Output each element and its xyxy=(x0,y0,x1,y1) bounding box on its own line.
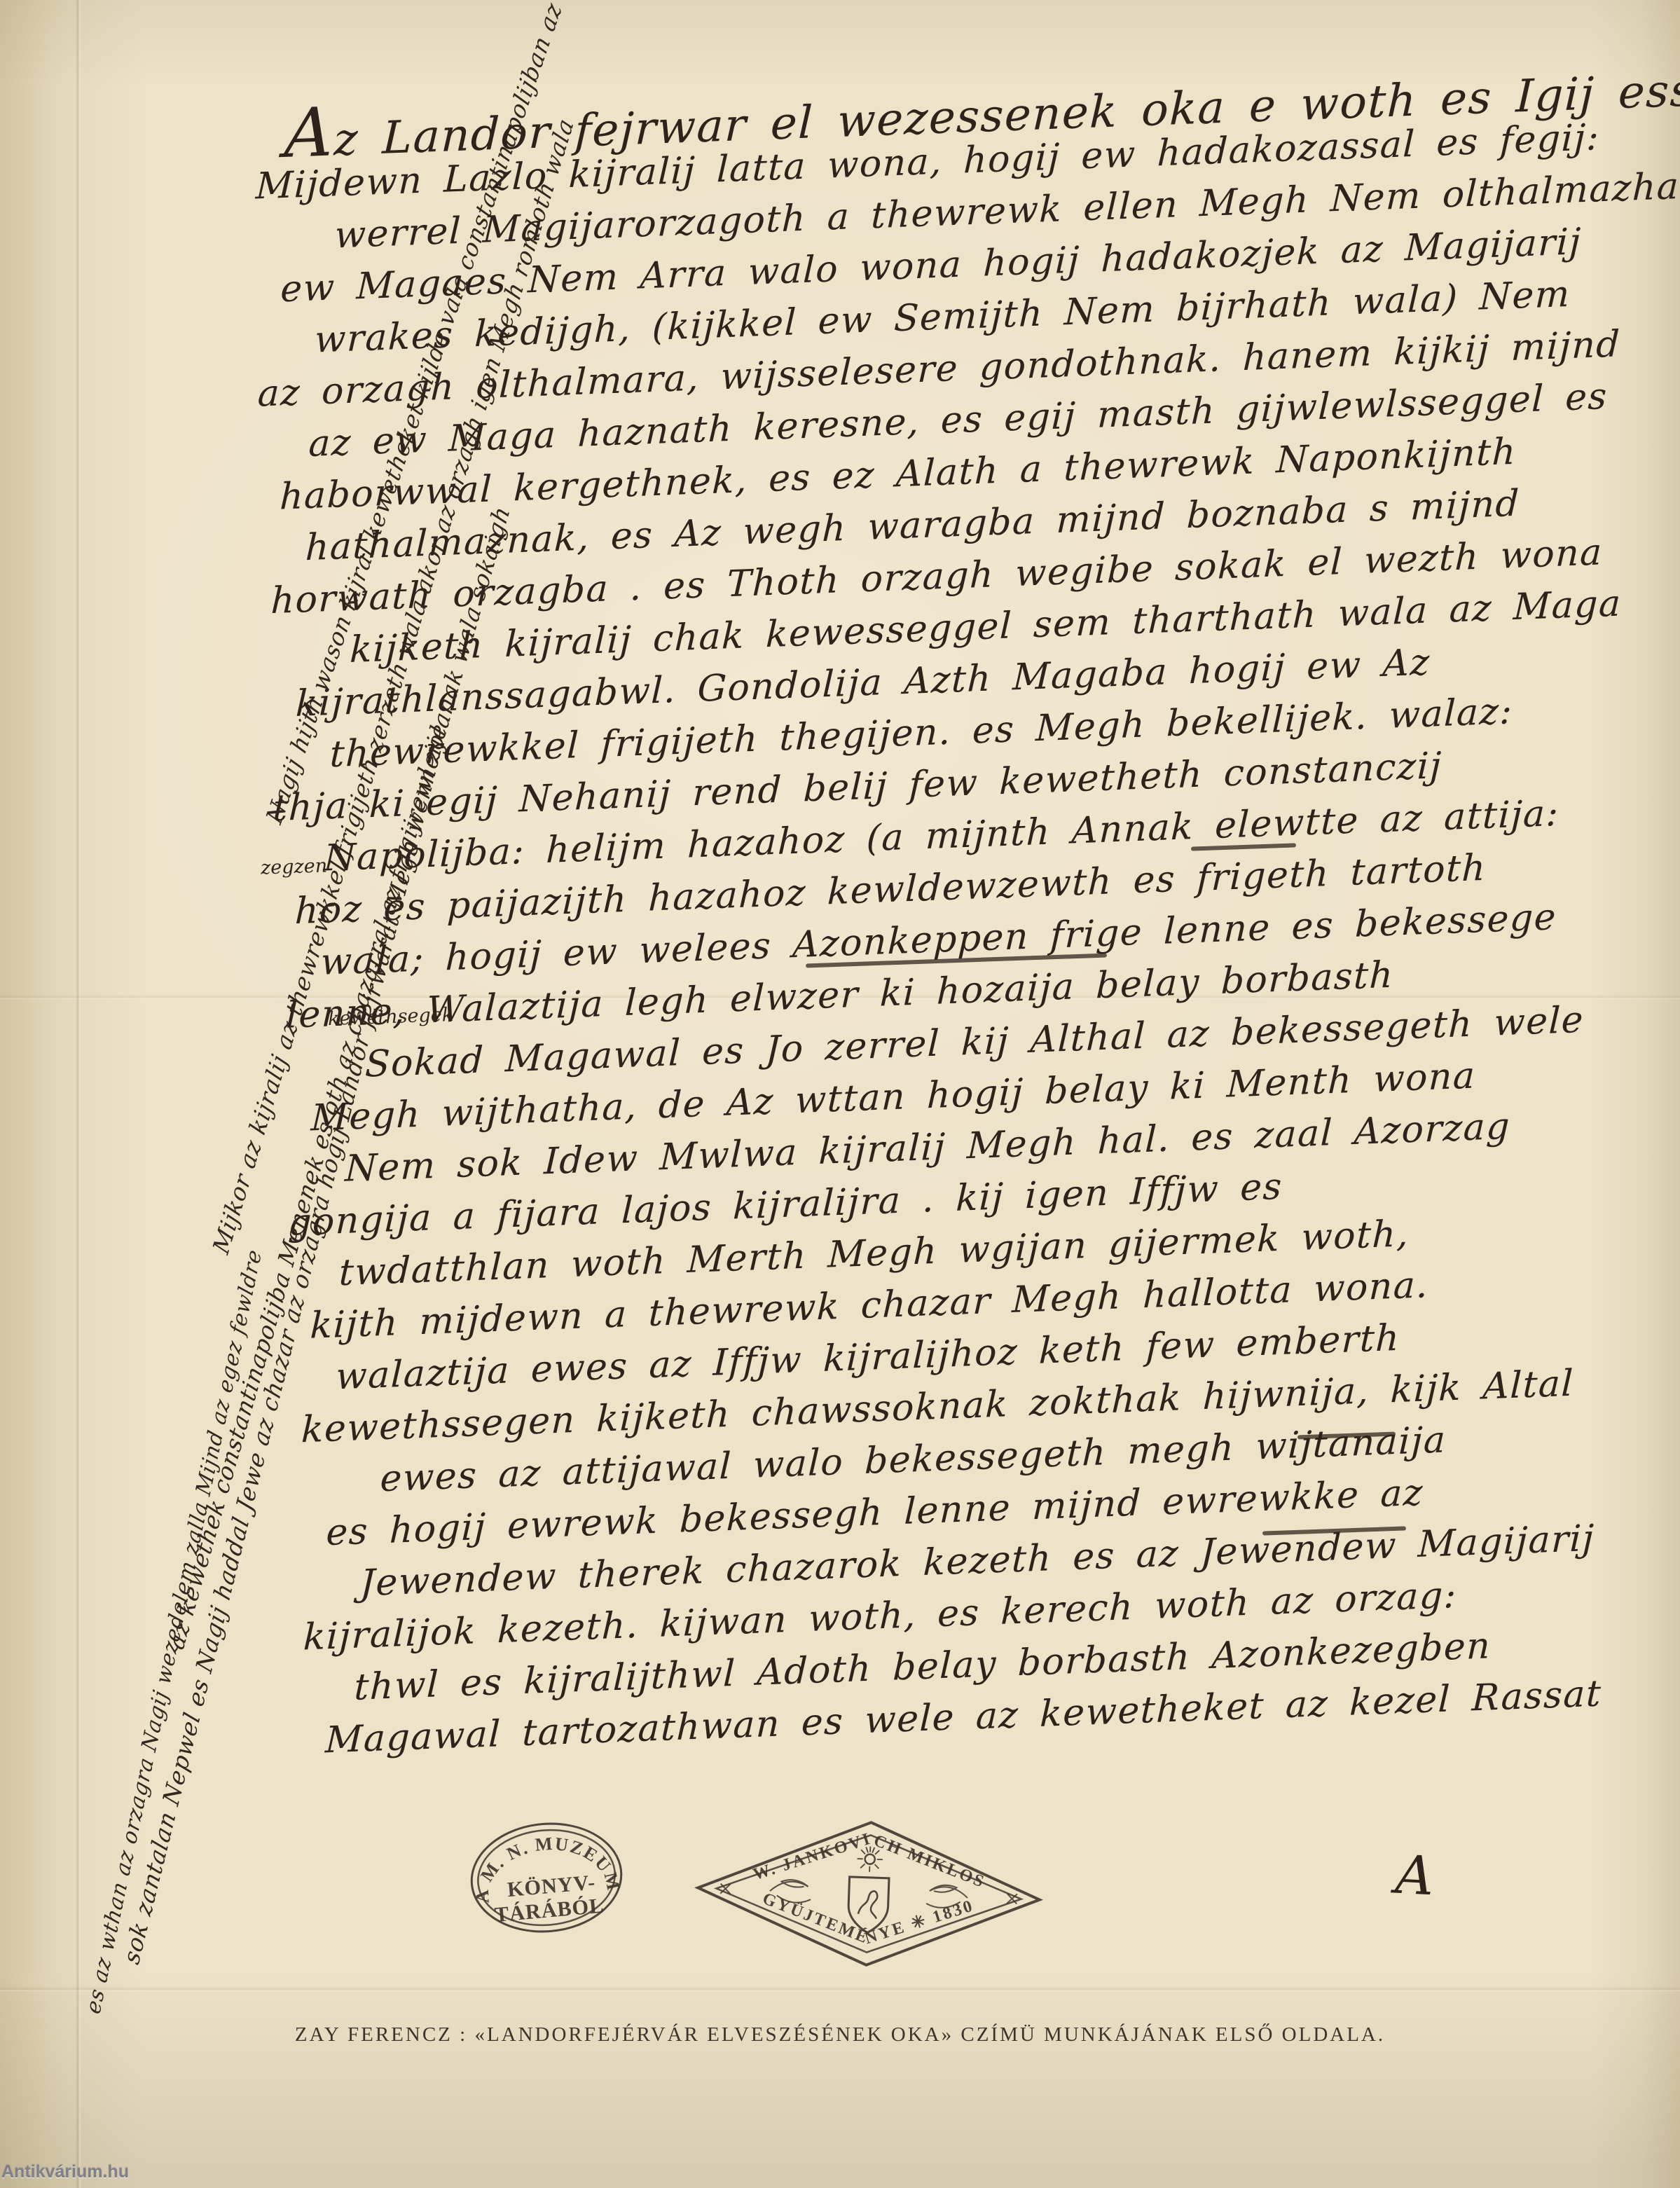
margin-note: es az wthan az orzagra Nagij wezedelem z… xyxy=(81,1246,267,2017)
jankovich-stamp-graphic: W. JANKOVICH MIKLOS GYÜJTEMÉNYE ✳ 1830 xyxy=(689,1808,1048,1979)
figure-caption: ZAY FERENCZ : «LANDORFEJÉRVÁR ELVESZÉSÉN… xyxy=(0,2023,1680,2046)
museum-library-stamp-graphic: A M. N. MUZEUM KÖNYV- TÁRÁBÓL xyxy=(460,1809,633,1946)
vertical-fold-crease xyxy=(76,0,81,2188)
museum-library-stamp: A M. N. MUZEUM KÖNYV- TÁRÁBÓL xyxy=(460,1809,633,1946)
jankovich-collection-stamp: W. JANKOVICH MIKLOS GYÜJTEMÉNYE ✳ 1830 xyxy=(689,1808,1048,1979)
manuscript-text-block: Az Landor fejrwar el wezessenek oka e wo… xyxy=(207,61,1618,1768)
horizontal-fold-crease-lower xyxy=(0,1987,1680,1992)
annotation-letter: A xyxy=(1394,1843,1435,1908)
antikvarium-watermark: Antikvárium.hu xyxy=(1,2162,129,2182)
manuscript-page: Az Landor fejrwar el wezessenek oka e wo… xyxy=(0,0,1680,2188)
